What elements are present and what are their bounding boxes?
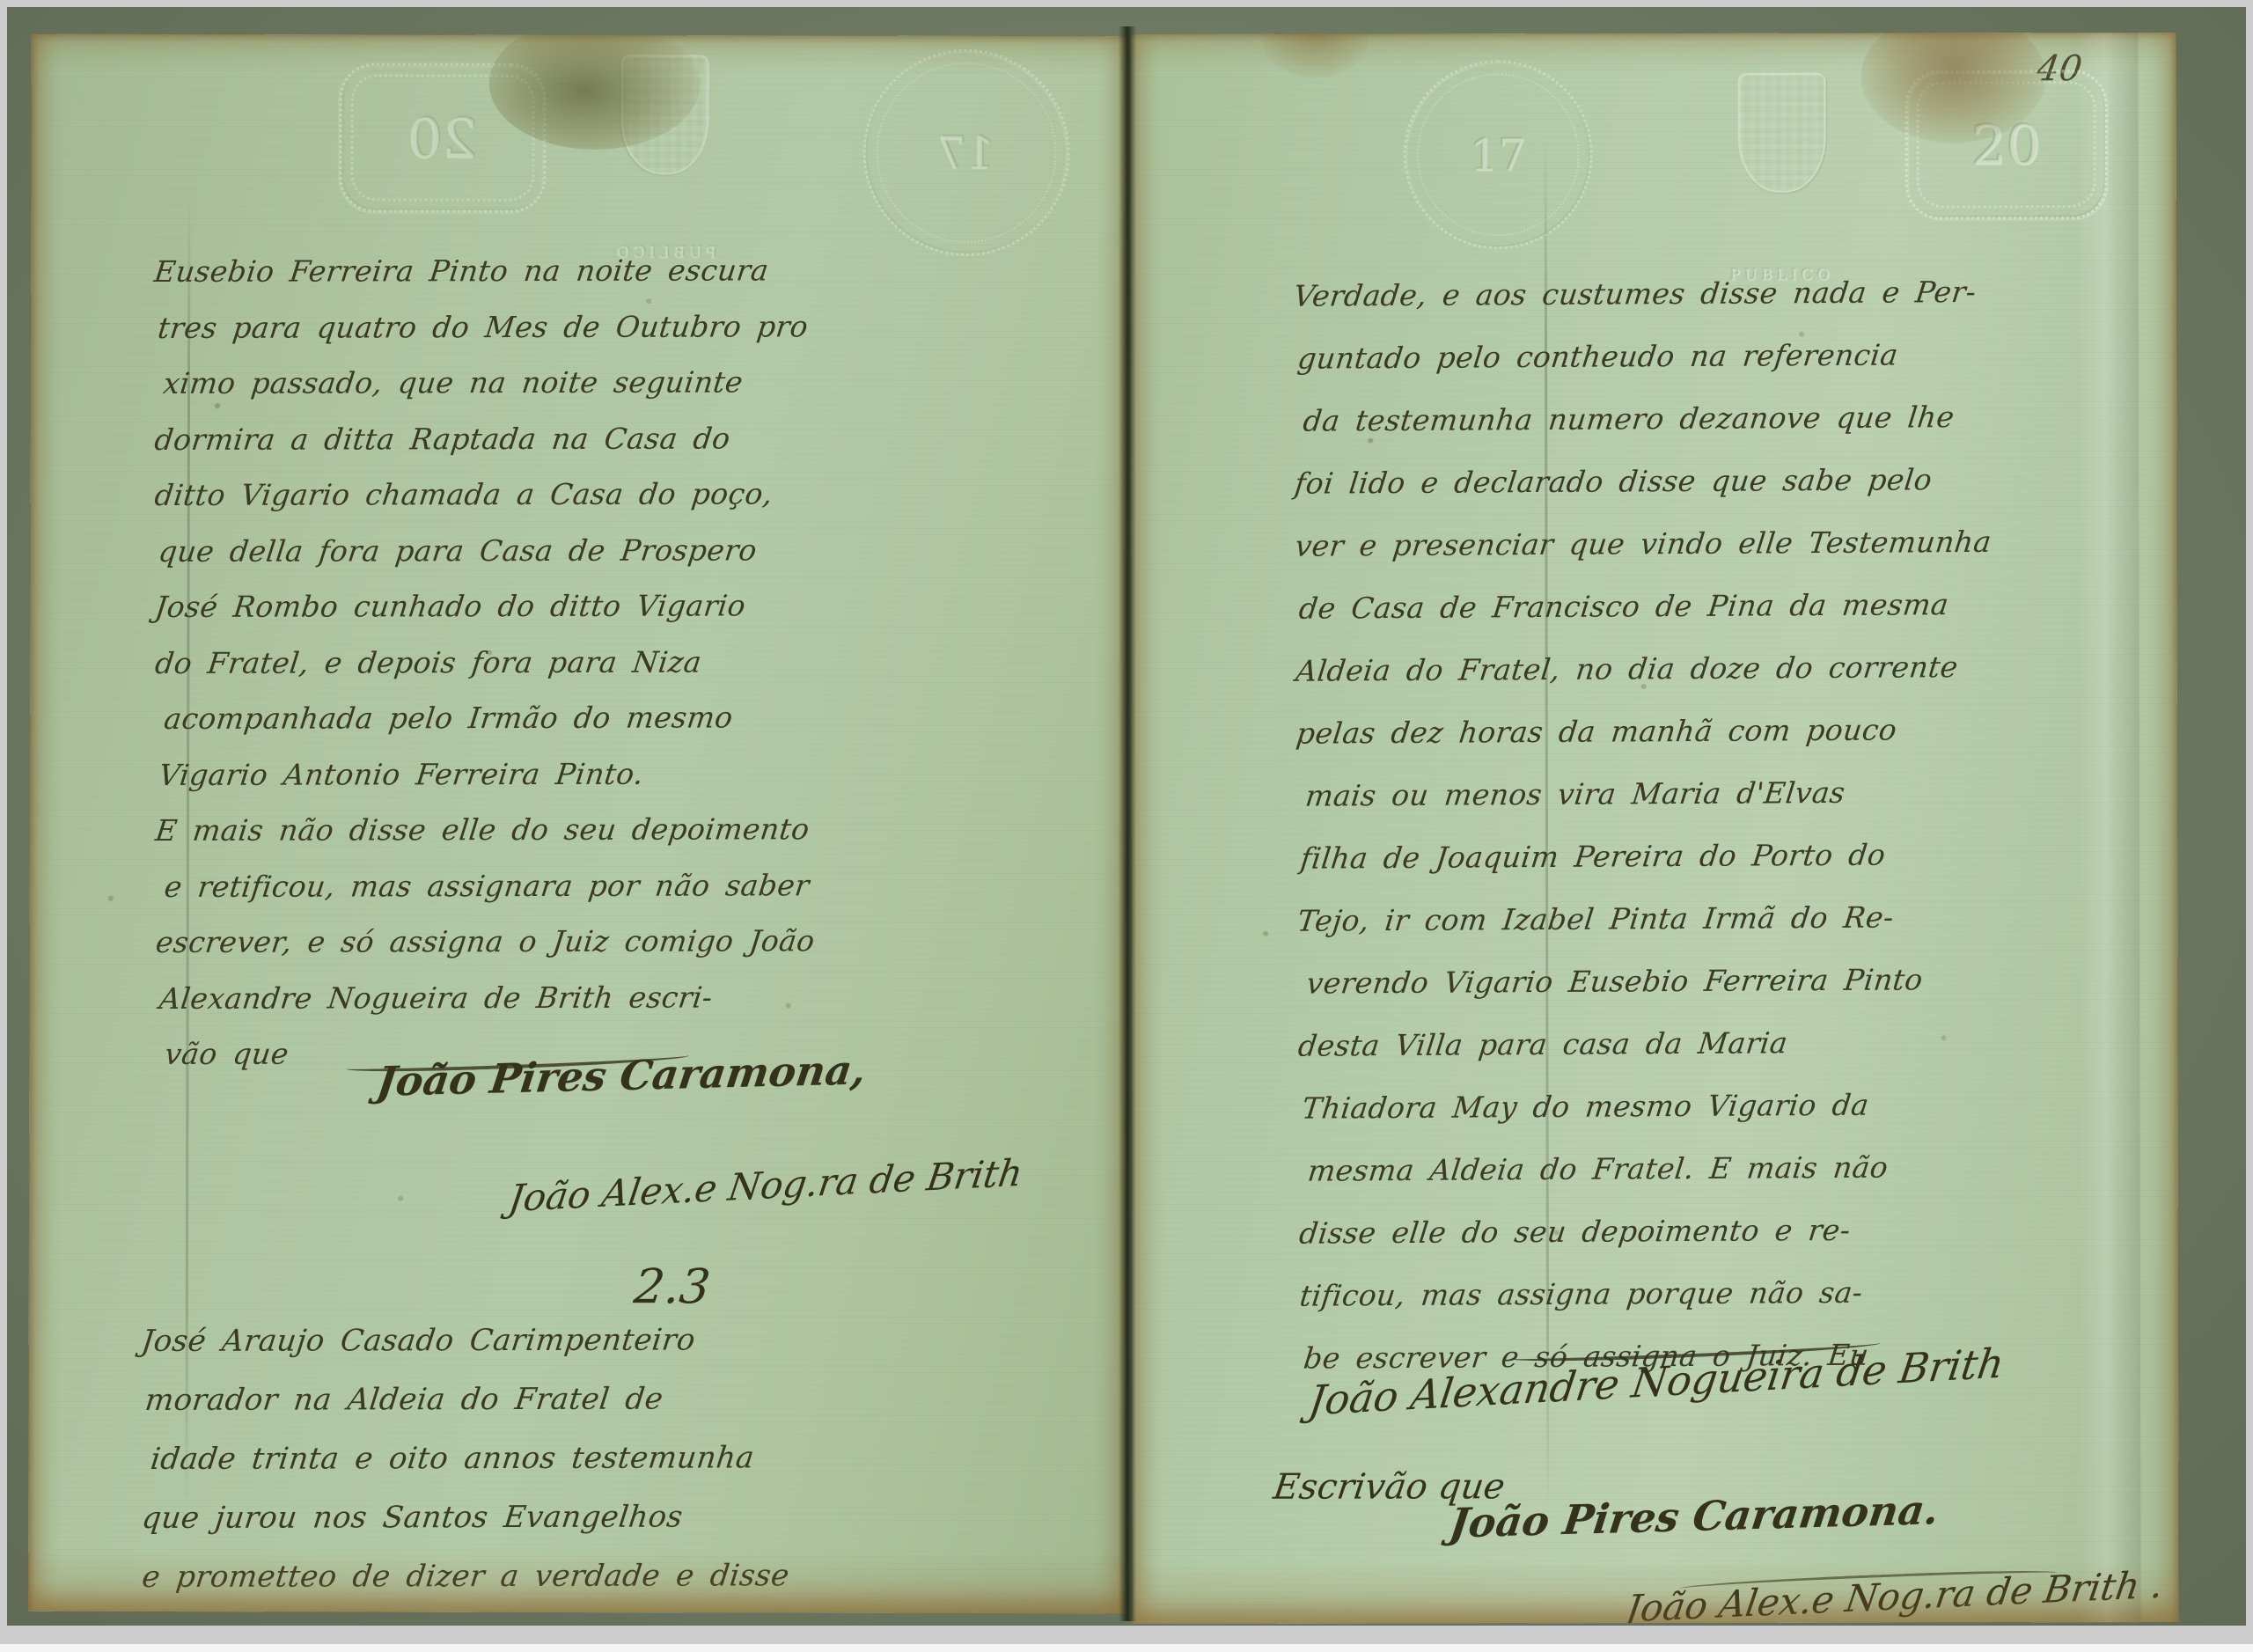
- manuscript-line: escrever, e só assigna o Juiz comigo Joã…: [152, 913, 818, 970]
- paper-specks: [1183, 70, 1186, 73]
- testimony-paragraph: Verdade, e aos custumes disse nada e Per…: [1294, 261, 1997, 1390]
- manuscript-line: disse elle do seu depoimento e re-: [1295, 1198, 1999, 1265]
- testimony-paragraph: Eusebio Ferreira Pinto na noite escuratr…: [154, 242, 815, 1082]
- manuscript-line: Tejo, ir com Izabel Pinta Irmã do Re-: [1294, 885, 1997, 952]
- manuscript-line: tres para quatro do Mes de Outubro pro: [155, 298, 817, 356]
- manuscript-line: mesma Aldeia do Fratel. E mais não: [1304, 1135, 1999, 1202]
- manuscript-line: que della fora para Casa de Prospero: [155, 522, 817, 579]
- signature-joao-pires-caramona: João Pires Caramona.: [1447, 1486, 1941, 1547]
- coat-of-arms-shield: [621, 55, 709, 174]
- stamp-value: 17: [1403, 60, 1592, 249]
- manuscript-line: Verdade, e aos custumes disse nada e Per…: [1290, 261, 1993, 327]
- manuscript-line: Vigario Antonio Ferreira Pinto.: [156, 745, 818, 803]
- left-page: 20 PUBLICO 17 Eusebio Ferreira Pinto na …: [28, 34, 1128, 1614]
- scan-edge: [0, 1644, 2253, 1652]
- manuscript-line: pelas dez horas da manhã com pouco: [1293, 698, 1996, 765]
- manuscript-line: morador na Aldeia do Fratel de: [142, 1369, 792, 1430]
- stamp-value: 17: [862, 49, 1069, 256]
- signature-joao-alexandre-nogueira-de-brith: João Alex.e Nog.ra de Brith: [506, 1151, 1025, 1221]
- embossed-stamp-coat-of-arms-mirrored: PUBLICO: [585, 55, 744, 261]
- manuscript-line: ditto Vigario chamada a Casa do poço,: [151, 466, 817, 523]
- embossed-stamp-circle-mirrored: 17: [862, 49, 1069, 256]
- document-scan: 20 PUBLICO 17 Eusebio Ferreira Pinto na …: [0, 0, 2253, 1652]
- fox-stain: [1262, 33, 1368, 78]
- manuscript-line: Eusebio Ferreira Pinto na noite escura: [151, 242, 817, 299]
- manuscript-line: da testemunha numero dezanove que lhe: [1300, 385, 1994, 452]
- manuscript-line: dormira a ditta Raptada na Casa do: [151, 410, 817, 467]
- embossed-stamp-octagon-mirrored: 20: [339, 62, 546, 212]
- manuscript-line: do Fratel, e depois fora para Niza: [152, 634, 818, 691]
- manuscript-line: ver e presenciar que vindo elle Testemun…: [1292, 510, 1995, 577]
- signature-joao-alexandre-nogueira-de-brith-flourish: João Alex.e Nog.ra de Brith .: [1623, 1562, 2166, 1624]
- manuscript-line: e retificou, mas assignara por não saber: [161, 857, 818, 914]
- manuscript-line: e prometteo de dizer a verdade e disse: [138, 1546, 792, 1607]
- embossed-stamp-coat-of-arms: PUBLICO: [1703, 73, 1861, 284]
- manuscript-line: Thiadora May do mesmo Vigario da: [1299, 1073, 1999, 1140]
- manuscript-line: mais ou menos vira Maria d'Elvas: [1302, 760, 1996, 827]
- page-fold-shading: [2076, 33, 2140, 1622]
- manuscript-line: de Casa de Francisco de Pina da mesma: [1295, 573, 1995, 640]
- manuscript-line: acompanhada pelo Irmão do mesmo: [161, 689, 818, 746]
- manuscript-line: Alexandre Nogueira de Brith escri-: [156, 969, 818, 1026]
- coat-of-arms-shield: [1738, 73, 1826, 193]
- manuscript-line: E mais não disse elle do seu depoimento: [152, 801, 818, 858]
- manuscript-line: desta Villa para casa da Maria: [1295, 1010, 1998, 1077]
- manuscript-line: foi lido e declarado disse que sabe pelo: [1291, 448, 1994, 515]
- embossed-stamp-circle: 17: [1403, 60, 1592, 249]
- manuscript-line: idade trinta e oito annos testemunha: [147, 1428, 792, 1489]
- manuscript-line: Aldeia do Fratel, no dia doze do corrent…: [1293, 635, 1996, 702]
- manuscript-line: ximo passado, que na noite seguinte: [160, 354, 817, 411]
- stamp-value: 20: [339, 62, 546, 212]
- stamp-value: 20: [1904, 70, 2107, 219]
- manuscript-line: tificou, mas assigna porque não sa-: [1296, 1260, 2000, 1327]
- right-page: 40 17 PUBLICO 20 Verdade, e aos custumes…: [1130, 33, 2178, 1624]
- binding-gutter: [1119, 26, 1136, 1621]
- manuscript-line: verendo Vigario Eusebio Ferreira Pinto: [1303, 948, 1998, 1015]
- manuscript-line: José Rombo cunhado do ditto Vigario: [151, 577, 817, 635]
- section-number: 2.3: [632, 1259, 714, 1314]
- manuscript-line: que jurou nos Santos Evangelhos: [138, 1487, 792, 1548]
- second-deposition-paragraph: José Araujo Casado Carimpenteiromorador …: [142, 1311, 789, 1607]
- manuscript-line: guntado pelo contheudo na referencia: [1294, 323, 1993, 390]
- embossed-stamp-octagon-20: 20: [1904, 70, 2107, 219]
- paper-specks: [32, 34, 35, 38]
- manuscript-line: José Araujo Casado Carimpenteiro: [138, 1311, 792, 1371]
- manuscript-line: filha de Joaquim Pereira do Porto do: [1297, 823, 1997, 890]
